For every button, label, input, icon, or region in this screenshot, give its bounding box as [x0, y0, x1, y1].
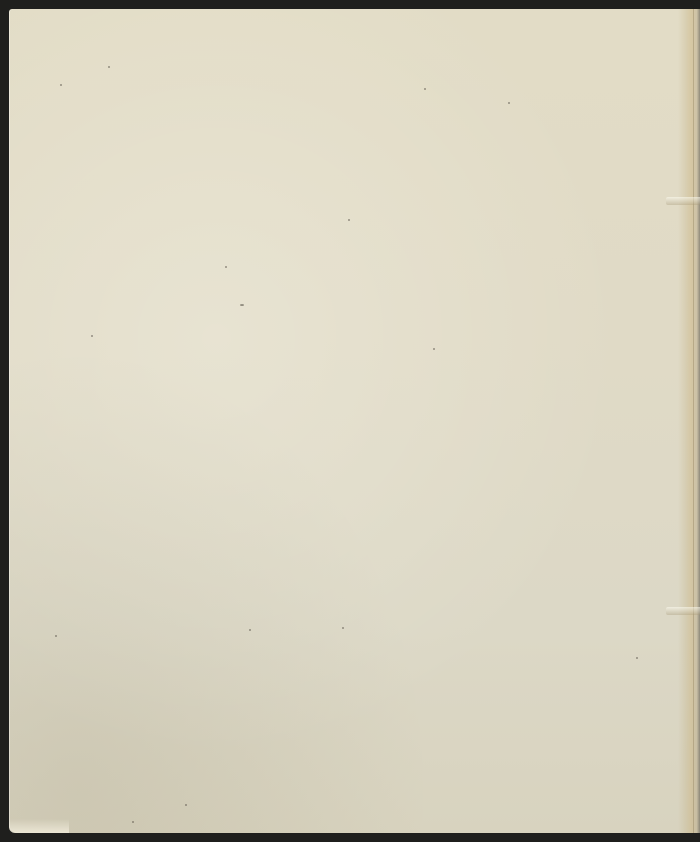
paper-speck	[60, 84, 62, 86]
paper-speck	[636, 657, 638, 659]
paper-speck	[240, 304, 244, 306]
paper-speck	[55, 635, 57, 637]
page-fold-bottom	[666, 607, 700, 615]
paper-speck	[342, 627, 344, 629]
paper-speck	[348, 219, 350, 221]
paper-speck	[132, 821, 134, 823]
binding-edge	[678, 9, 700, 833]
paper-speck	[185, 804, 187, 806]
paper-speck	[424, 88, 426, 90]
corner-curl	[9, 819, 69, 833]
scan-viewport	[0, 0, 700, 842]
paper-speck	[91, 335, 93, 337]
paper-speck	[249, 629, 251, 631]
binding-line	[693, 9, 694, 833]
paper-speck	[433, 348, 435, 350]
blank-page	[9, 9, 700, 833]
page-fold-top	[666, 197, 700, 205]
paper-speck	[108, 66, 110, 68]
paper-speck	[225, 266, 227, 268]
paper-speck	[508, 102, 510, 104]
